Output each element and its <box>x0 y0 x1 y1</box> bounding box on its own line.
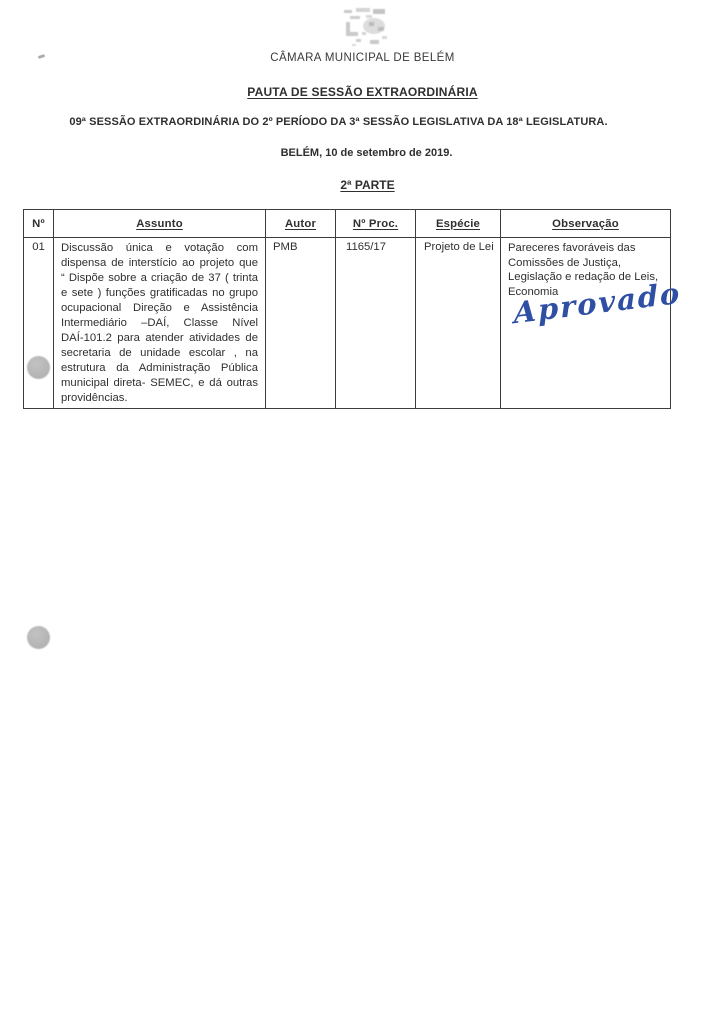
cell-autor: PMB <box>266 238 336 409</box>
section-title: 2ª PARTE <box>5 178 725 192</box>
date-line: BELÉM, 10 de setembro de 2019. <box>4 147 725 159</box>
col-header-assunto: Assunto <box>54 210 266 238</box>
col-header-especie: Espécie <box>416 210 501 238</box>
table-header-row: Nº Assunto Autor Nº Proc. Espécie Observ… <box>24 210 671 238</box>
col-header-autor: Autor <box>266 210 336 238</box>
doc-subtitle: 09ª SESSÃO EXTRAORDINÁRIA DO 2º PERÍODO … <box>0 116 701 128</box>
doc-title: PAUTA DE SESSÃO EXTRAORDINÁRIA <box>0 85 725 99</box>
hole-punch-top <box>27 356 50 379</box>
cell-num: 01 <box>24 238 54 409</box>
cell-observacao: Pareceres favoráveis das Comissões de Ju… <box>501 238 671 409</box>
document-page: CÂMARA MUNICIPAL DE BELÉM PAUTA DE SESSÃ… <box>0 0 725 1024</box>
agenda-table: Nº Assunto Autor Nº Proc. Espécie Observ… <box>23 209 671 409</box>
col-header-proc: Nº Proc. <box>336 210 416 238</box>
org-name: CÂMARA MUNICIPAL DE BELÉM <box>0 52 725 64</box>
camara-crest-logo <box>326 6 400 48</box>
col-header-observacao: Observação <box>501 210 671 238</box>
cell-assunto: Discussão única e votação com dispensa d… <box>54 238 266 409</box>
table-row: 01 Discussão única e votação com dispens… <box>24 238 671 409</box>
document-header: CÂMARA MUNICIPAL DE BELÉM PAUTA DE SESSÃ… <box>0 0 725 192</box>
col-header-num: Nº <box>24 210 54 238</box>
cell-proc: 1165/17 <box>336 238 416 409</box>
cell-especie: Projeto de Lei <box>416 238 501 409</box>
hole-punch-bottom <box>27 626 50 649</box>
